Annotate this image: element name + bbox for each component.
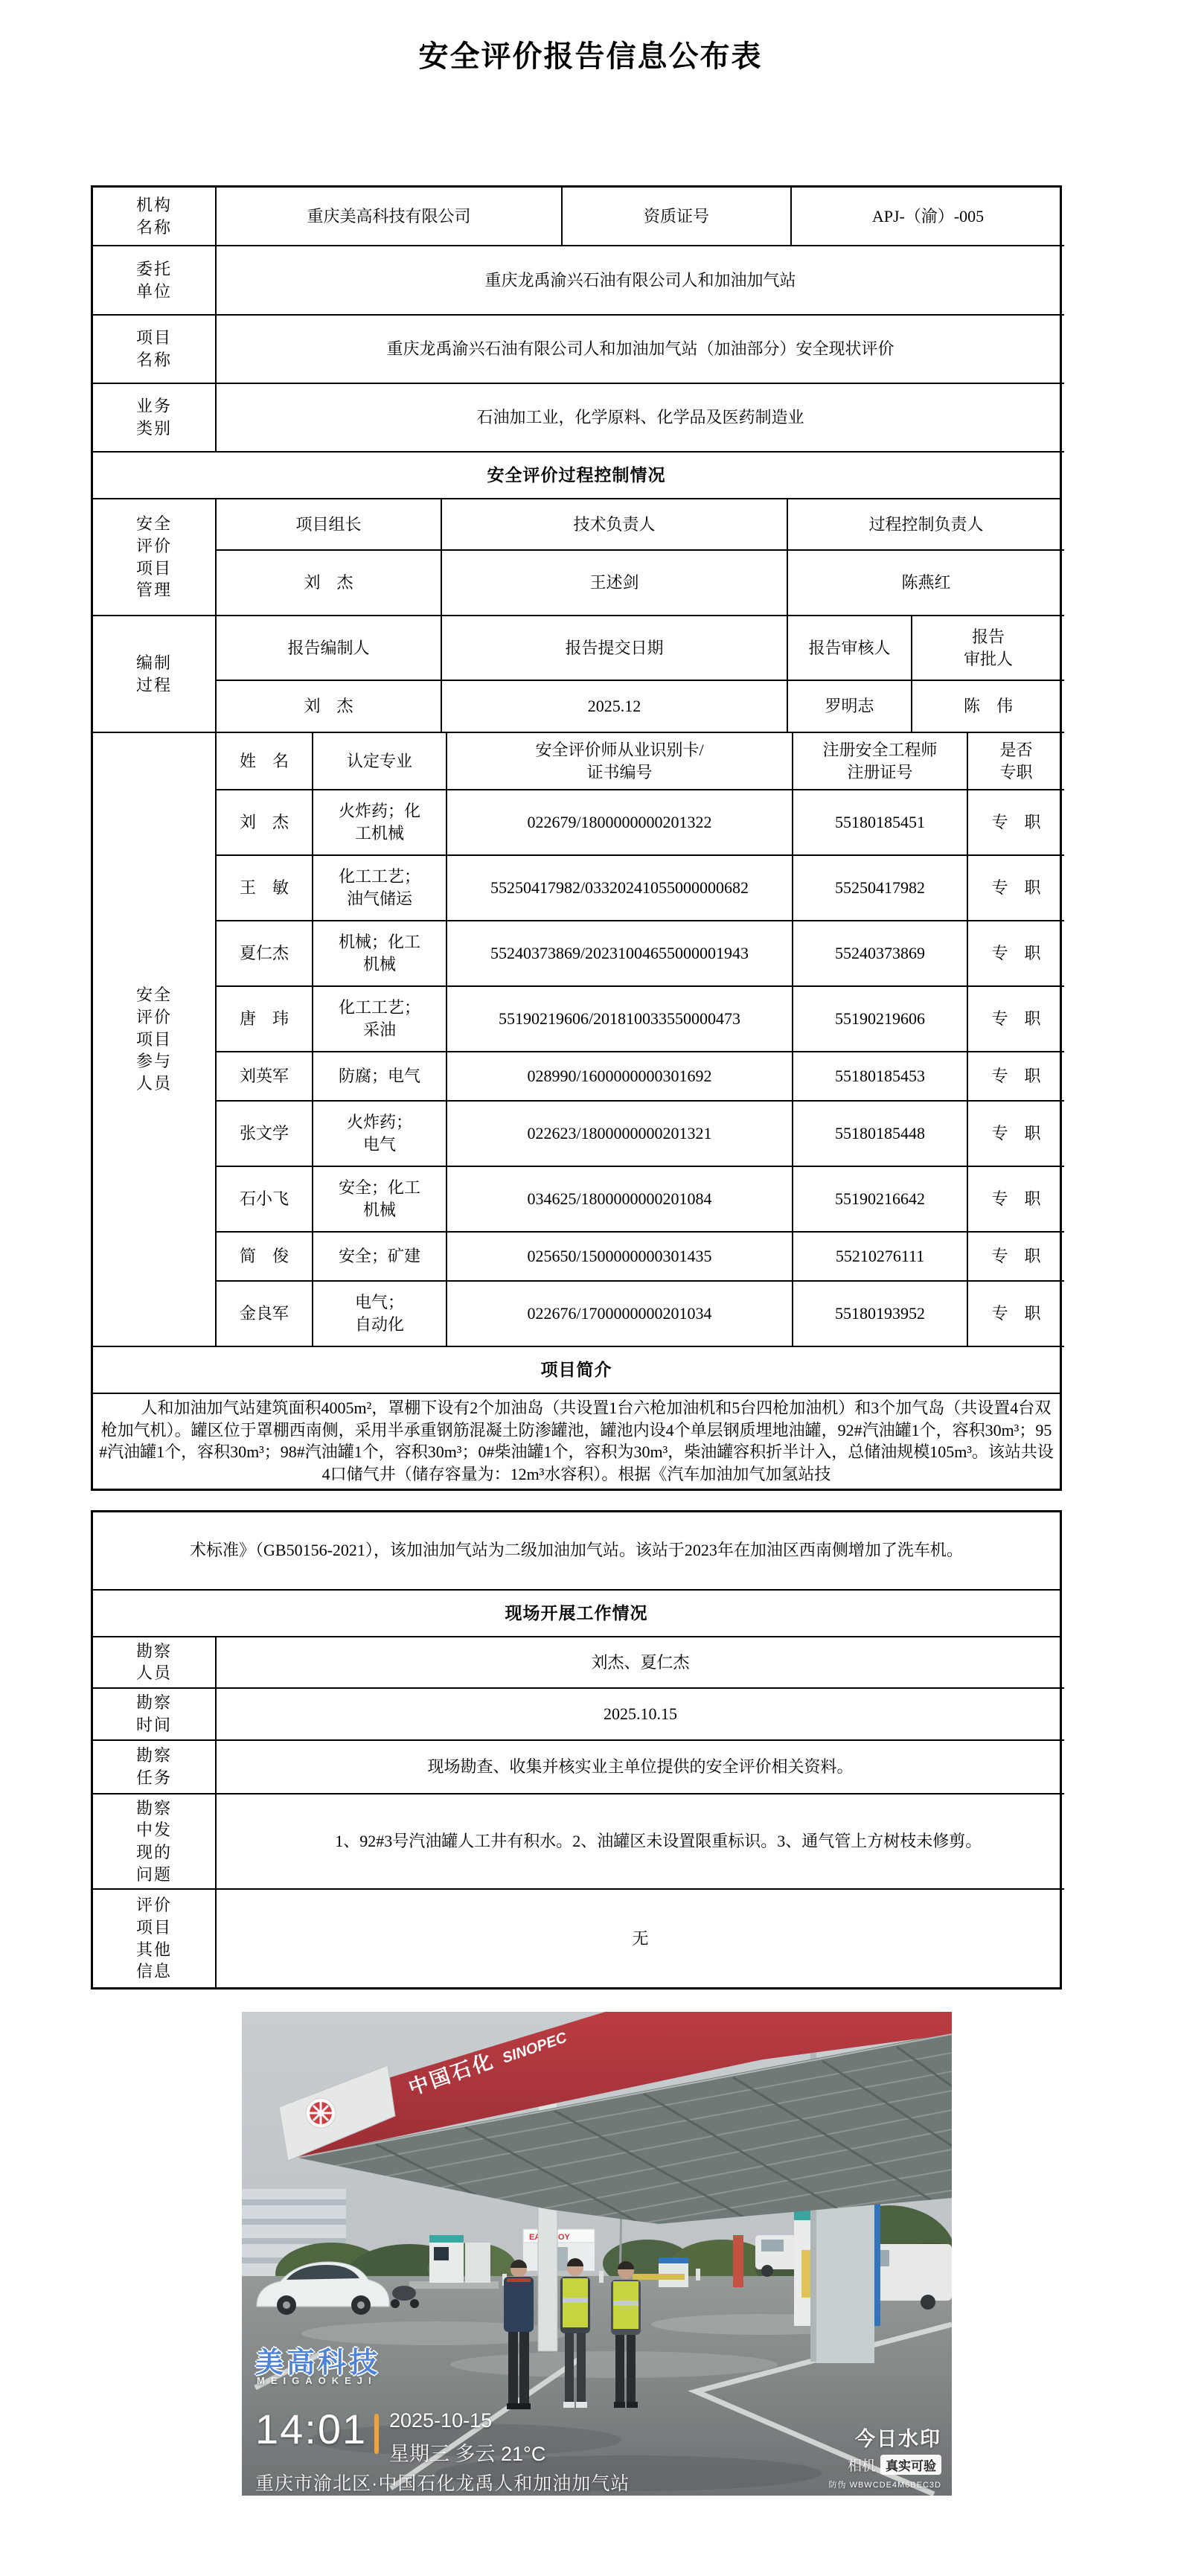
participant-reg: 55180185448 [793,1101,967,1166]
participant-fulltime: 专 职 [967,1281,1064,1346]
participant-card: 034625/1800000000201084 [447,1166,793,1232]
site-photo: EASY JOY [242,2012,952,2496]
participant-row: 刘英军 防腐；电气 028990/1600000000301692 551801… [93,1052,1064,1101]
participant-row: 王 敏 化工工艺； 油气储运 55250417982/0332024105500… [93,855,1064,921]
survey-date-value: 2025.10.15 [216,1688,1064,1739]
participant-name: 唐 玮 [216,986,313,1052]
survey-issues-label: 勘察 中发 现的 问题 [93,1794,216,1890]
participant-fulltime: 专 职 [967,1232,1064,1281]
participant-name: 夏仁杰 [216,921,313,986]
project-name-label: 项目 名称 [93,315,216,383]
management-block: 安全 评价 项目 管理 项目组长 技术负责人 过程控制负责人 刘 杰 王述剑 陈… [93,499,1064,616]
survey-staff-value: 刘杰、夏仁杰 [216,1637,1064,1688]
participant-name: 张文学 [216,1101,313,1166]
participant-card: 55190219606/201810033550000473 [447,986,793,1052]
site-block: 勘察 人员 刘杰、夏仁杰 勘察 时间 2025.10.15 勘察 任务 现场勘查… [93,1637,1064,1988]
participant-major: 火炸药； 电气 [313,1101,447,1166]
basic-info-rows: 委托 单位 重庆龙禹渝兴石油有限公司人和加油加气站 项目 名称 重庆龙禹渝兴石油… [93,246,1064,453]
stamp-badge: 真实可验 [880,2455,941,2475]
site-row: 勘察 任务 现场勘查、收集并核实业主单位提供的安全评价相关资料。 [93,1740,1064,1794]
col-card: 安全评价师从业识别卡/ 证书编号 [447,733,793,790]
org-name-label: 机构 名称 [93,188,216,246]
participant-card: 55250417982/03320241055000000682 [447,855,793,921]
participant-reg: 55180185451 [793,790,967,855]
participant-major: 安全；化工 机械 [313,1166,447,1232]
participant-row: 夏仁杰 机械；化工 机械 55240373869/202310046550000… [93,921,1064,986]
report-table-1: 机构 名称 重庆美高科技有限公司 资质证号 APJ-（渝）-005 委托 单位 … [91,185,1062,1491]
compile-approver-name: 陈 伟 [912,680,1064,732]
watermark-stamp: 今日水印 相机 真实可验 防伪 WBWCDE4M6BEC3D [829,2423,941,2490]
participant-reg: 55180185453 [793,1052,967,1101]
participant-card: 55240373869/20231004655000001943 [447,921,793,986]
cert-no-value: APJ-（渝）-005 [791,188,1064,246]
participant-major: 机械；化工 机械 [313,921,447,986]
participant-fulltime: 专 职 [967,921,1064,986]
stamp-sub: 相机 [848,2455,876,2475]
watermark-date: 2025-10-15 [389,2409,492,2432]
compile-date-value: 2025.12 [441,680,787,732]
participant-card: 022679/1800000000201322 [447,790,793,855]
survey-task-label: 勘察 任务 [93,1740,216,1794]
org-name-value: 重庆美高科技有限公司 [216,188,562,246]
compile-block: 编制 过程 报告编制人 报告提交日期 报告审核人 报告 审批人 刘 杰 2025… [93,616,1064,733]
participant-row: 张文学 火炸药； 电气 022623/1800000000201321 5518… [93,1101,1064,1166]
client-value: 重庆龙禹渝兴石油有限公司人和加油加气站 [216,246,1064,315]
mgmt-col-tech: 技术负责人 [441,499,787,550]
business-type-value: 石油加工业，化学原料、化学品及医药制造业 [216,383,1064,452]
participant-card: 022676/1700000000201034 [447,1281,793,1346]
participant-reg: 55250417982 [793,855,967,921]
participant-name: 王 敏 [216,855,313,921]
participant-reg: 55190216642 [793,1166,967,1232]
brief-header-text: 项目简介 [93,1347,1060,1393]
participant-name: 刘英军 [216,1052,313,1101]
participant-major: 火炸药；化 工机械 [313,790,447,855]
brief-paragraph-2: 术标准》（GB50156-2021），该加油加气站为二级加油加气站。该站于202… [93,1512,1060,1590]
watermark-location: 重庆市渝北区·中国石化龙禹人和加油加气站 [255,2469,630,2496]
report-table-2: 术标准》（GB50156-2021），该加油加气站为二级加油加气站。该站于202… [91,1510,1062,1990]
stamp-code: 防伪 WBWCDE4M6BEC3D [829,2478,941,2490]
other-info-label: 评价 项目 其他 信息 [93,1889,216,1987]
site-header-text: 现场开展工作情况 [93,1591,1060,1637]
watermark-weather: 星期三 多云 21°C [389,2438,545,2467]
participant-name: 刘 杰 [216,790,313,855]
compile-col-approver: 报告 审批人 [912,616,1064,680]
brief-paragraph-1: 人和加油加气站建筑面积4005m²，罩棚下设有2个加油岛（共设置1台六枪加油机和… [93,1393,1060,1489]
participant-fulltime: 专 职 [967,790,1064,855]
business-type-label: 业务 类别 [93,383,216,452]
participant-name: 石小飞 [216,1166,313,1232]
participant-card: 025650/1500000000301435 [447,1232,793,1281]
participant-row: 石小飞 安全；化工 机械 034625/1800000000201084 551… [93,1166,1064,1232]
participant-fulltime: 专 职 [967,855,1064,921]
page-title: 安全评价报告信息公布表 [0,33,1181,75]
participant-row: 金良军 电气； 自动化 022676/1700000000201034 5518… [93,1281,1064,1346]
brief-continuation: 术标准》（GB50156-2021），该加油加气站为二级加油加气站。该站于202… [93,1512,1060,1591]
cert-no-label: 资质证号 [562,188,791,246]
compile-col-date: 报告提交日期 [441,616,787,680]
participant-reg: 55240373869 [793,921,967,986]
site-row: 勘察 中发 现的 问题 1、92#3号汽油罐人工井有积水。2、油罐区未设置限重标… [93,1794,1064,1890]
col-name: 姓 名 [216,733,313,790]
compile-col-author: 报告编制人 [216,616,441,680]
site-row: 评价 项目 其他 信息 无 [93,1889,1064,1987]
stamp-title: 今日水印 [829,2423,941,2452]
participant-row: 刘 杰 火炸药；化 工机械 022679/1800000000201322 55… [93,790,1064,855]
participant-card: 028990/1600000000301692 [447,1052,793,1101]
participant-row: 唐 玮 化工工艺； 采油 55190219606/201810033550000… [93,986,1064,1052]
survey-date-label: 勘察 时间 [93,1688,216,1739]
site-section-header: 现场开展工作情况 [93,1591,1060,1637]
basic-info-row1: 机构 名称 重庆美高科技有限公司 资质证号 APJ-（渝）-005 [93,188,1064,246]
participant-card: 022623/1800000000201321 [447,1101,793,1166]
site-row: 勘察 人员 刘杰、夏仁杰 [93,1637,1064,1688]
participant-major: 安全；矿建 [313,1232,447,1281]
participant-fulltime: 专 职 [967,1101,1064,1166]
project-name-value: 重庆龙禹渝兴石油有限公司人和加油加气站（加油部分）安全现状评价 [216,315,1064,383]
participant-major: 电气； 自动化 [313,1281,447,1346]
watermark-brand-en: MEIGAOKEJI [257,2375,377,2386]
participants-label: 安全 评价 项目 参与 人员 [93,733,216,1346]
management-label: 安全 评价 项目 管理 [93,499,216,616]
col-reg: 注册安全工程师 注册证号 [793,733,967,790]
survey-task-value: 现场勘查、收集并核实业主单位提供的安全评价相关资料。 [216,1740,1064,1794]
participants-block: 安全 评价 项目 参与 人员 姓 名 认定专业 安全评价师从业识别卡/ 证书编号… [93,733,1064,1347]
participant-fulltime: 专 职 [967,986,1064,1052]
participant-fulltime: 专 职 [967,1052,1064,1101]
watermark-brand: 美高科技 [255,2339,380,2380]
mgmt-col-leader: 项目组长 [216,499,441,550]
watermark-divider-bar [374,2414,379,2454]
participant-fulltime: 专 职 [967,1166,1064,1232]
participant-major: 防腐；电气 [313,1052,447,1101]
compile-col-reviewer: 报告审核人 [787,616,912,680]
mgmt-leader-name: 刘 杰 [216,550,441,616]
compile-author-name: 刘 杰 [216,680,441,732]
participant-reg: 55180193952 [793,1281,967,1346]
col-fulltime: 是否 专职 [967,733,1064,790]
participant-reg: 55190219606 [793,986,967,1052]
participant-row: 简 俊 安全；矿建 025650/1500000000301435 552102… [93,1232,1064,1281]
participant-name: 简 俊 [216,1232,313,1281]
other-info-value: 无 [216,1889,1064,1987]
survey-staff-label: 勘察 人员 [93,1637,216,1688]
site-row: 勘察 时间 2025.10.15 [93,1688,1064,1739]
compile-label: 编制 过程 [93,616,216,732]
survey-issues-value: 1、92#3号汽油罐人工井有积水。2、油罐区未设置限重标识。3、通气管上方树枝未… [216,1794,1064,1890]
participant-name: 金良军 [216,1281,313,1346]
mgmt-tech-name: 王述剑 [441,550,787,616]
brief-block: 项目简介 人和加油加气站建筑面积4005m²，罩棚下设有2个加油岛（共设置1台六… [93,1347,1060,1489]
mgmt-col-control: 过程控制负责人 [787,499,1064,550]
participant-major: 化工工艺； 采油 [313,986,447,1052]
participant-major: 化工工艺； 油气储运 [313,855,447,921]
client-label: 委托 单位 [93,246,216,315]
compile-reviewer-name: 罗明志 [787,680,912,732]
watermark-time: 14:01 [255,2405,367,2453]
process-section-header: 安全评价过程控制情况 [93,453,1060,499]
process-header-text: 安全评价过程控制情况 [93,453,1060,499]
mgmt-control-name: 陈燕红 [787,550,1064,616]
col-major: 认定专业 [313,733,447,790]
participant-reg: 55210276111 [793,1232,967,1281]
